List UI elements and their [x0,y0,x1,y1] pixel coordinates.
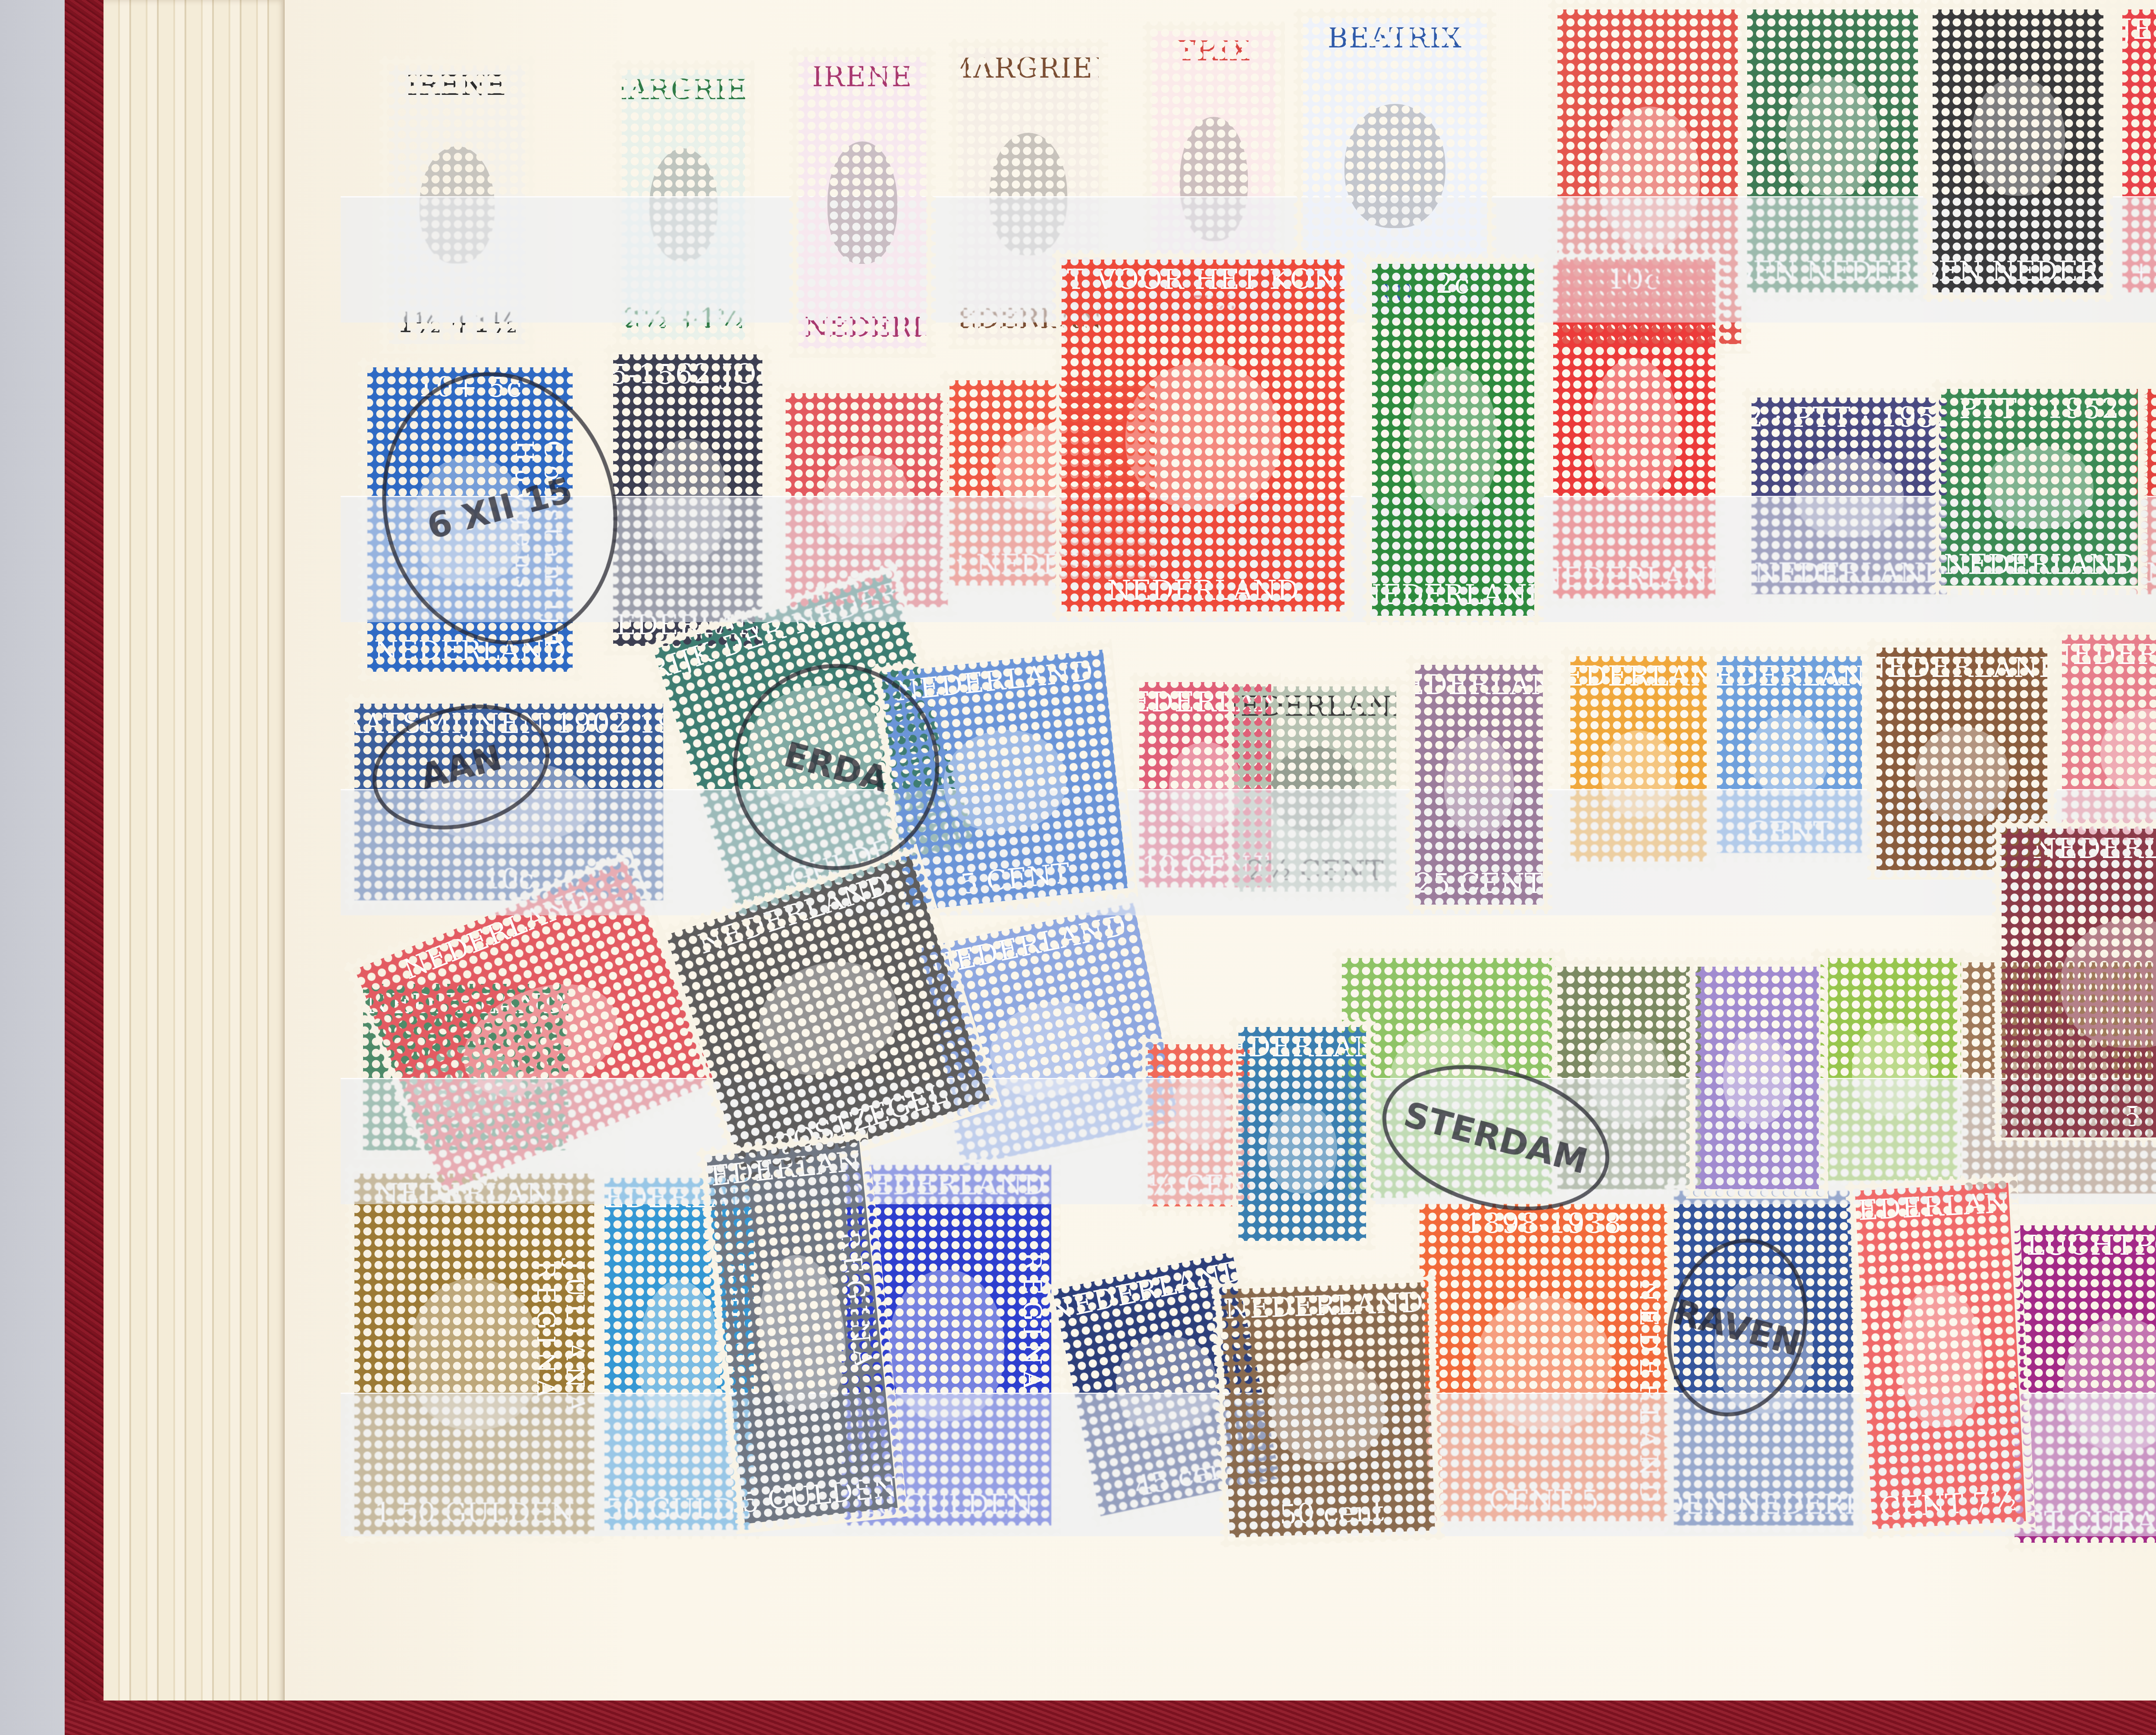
stamp-design: LUCHTPOSTCT CURAÇAO [2015,1225,2156,1543]
stamp-design: JAN VAN SCOREL 1495-1562 JONGENSPORTRET … [613,354,762,646]
stamp: JAN VAN SCOREL 1495-1562 JONGENSPORTRET … [604,345,772,655]
stamp-denomination: GULDEN NEDERLAND [1747,257,1918,292]
stamp-design: IRENE1½ +1½ [389,66,525,344]
portrait-icon [1986,446,2094,529]
portrait-icon [981,990,1121,1107]
stamp-design: NEDERLAND [1238,1027,1366,1241]
stamp-design: NEDERLAND5JULIANA REGINA [2002,829,2156,1137]
portrait-icon [1723,1031,1791,1125]
stamp-top-text: NEDERLAND [893,651,1095,706]
stamp: STATUUT VOOR HET KONINKRIJKNEDERLAND [1052,250,1354,621]
stamp-side-text: JULIANA REGINA [531,1260,590,1534]
stamp-design: PTT · 1952NEDERLAND [1941,389,2138,586]
stamp-denomination: GULDEN NEDERLAND [1674,1491,1853,1525]
stamp-denomination: 2.50 GULDEN [605,1495,754,1530]
stamp: IRENE4 +2 NEDERLAND [789,47,936,358]
stamp-design: NEDERLAND50 cent [1221,1282,1435,1538]
stamp-side-text: Constantijn Huygens [510,440,568,672]
stamp-top-text: TRIX [1177,31,1250,66]
stamp: NEDERLAND [1229,1018,1376,1250]
stamp-top-text: NEDERLAND [847,1165,1047,1200]
stamp-design: GULDEN NEDERLAND [1747,9,1918,292]
stamp: NEDERLAND2½ CENT [1225,677,1406,901]
stamp-top-text: NEDERLAND [706,1141,886,1194]
stamp-denomination: 10c +5 NEDERLAND [2122,257,2156,292]
stamp: 10cNEDERLAND [1544,250,1725,608]
stamp-design: 10cNEDERLAND [1553,260,1715,598]
stamp: MEISJESPORTRET 159010c +5 NEDERLAND [2113,0,2156,302]
stamp [1811,949,1971,1190]
stamp-design: NEDERLAND [1570,656,1707,861]
stamp-denomination: CENT 7½ [1879,1487,2018,1529]
stamp-top-text: MARGRIET [958,48,1099,83]
stamp-top-text: 1898-1938 [1465,1204,1622,1239]
stamp-top-text: PTT · 1952 [1959,389,2120,424]
stamp-design: NEDERLAND25 CENT [1415,665,1543,905]
stamp: 2 · PTT · 1952NEDERLAND [1742,388,1958,604]
stamp-design [1695,967,1819,1189]
stamp-design: MEISJESPORTRET 159010c +5 NEDERLAND [2122,9,2156,292]
stamp-side-text: REGINA [1018,1252,1047,1395]
portrait-icon [1267,1103,1338,1193]
portrait-icon [1171,1077,1227,1145]
portrait-icon [1590,1031,1670,1125]
stamp-top-text: MEISJESPORTRET 1590 [2122,9,2156,44]
stamp-design [1821,958,1961,1181]
portrait-icon [424,761,594,843]
stamp: NEDERLAND50 cent [1211,1272,1445,1547]
portrait-icon [1852,1023,1929,1116]
stamp-top-text: IRENE [812,57,913,92]
portrait-icon [1409,366,1498,514]
stamp: IRENE1½ +1½ [379,56,535,354]
stamp-top-text: NEDERLAND [2062,635,2156,670]
portrait-icon [1344,104,1445,228]
portrait-icon [1107,1326,1226,1442]
portrait-icon [744,944,912,1090]
stamp-denomination: NEDERLAND [2147,559,2156,594]
stamp-design: GULDEN NEDERLAND [1674,1191,1853,1525]
stamp-denomination: 5 [2124,1102,2141,1137]
stamp: PTT · 1952NEDERLAND [1932,379,2147,595]
portrait-icon [827,141,898,264]
stamp-design: NEDERLAND5 GULDENREGINA [706,1141,898,1524]
stamp: NEDERLAND1.50 GULDENJULIANA REGINA [345,1164,604,1544]
stamp-top-text: MARGRIET [622,70,745,105]
stamp: GULDEN NEDERLAND [1923,0,2113,302]
portrait-icon [1444,734,1514,835]
stamp: NEDERLAND [1561,647,1716,871]
stamp-top-text: STATUUT VOOR HET KONINKRIJK [1062,260,1344,294]
album-cover-bottom-edge [65,1701,2156,1735]
stamp [1686,957,1828,1199]
portrait-icon [447,963,633,1116]
portrait-icon [638,1280,720,1428]
stamp: NEDERLANDCENT 7½ [1845,1173,2036,1539]
stamp-top-text: JAN VAN SCOREL 1495-1562 JONGENSPORTRET … [613,354,762,389]
stamp-top-text: STAATSMIJNEN 1902 1952 [354,704,663,739]
portrait-icon [2100,709,2156,795]
stamp-side-text: NEDERLAND [1634,1280,1664,1508]
portrait-icon [1786,77,1880,196]
stamp-denomination: 4 +2 NEDERLAND [799,313,926,348]
portrait-icon [420,146,495,263]
stamp: NEDERLAND25 CENT [1406,655,1552,914]
portrait-icon [1271,746,1360,832]
stamp-denomination: CENT [1748,818,1831,853]
portrait-icon [939,724,1071,837]
stamp-top-text: NEDERLAND [1717,656,1862,691]
stamp-denomination: NEDERLAND [1107,576,1299,611]
stamp-top-text: 2c [1436,264,1471,299]
portrait-icon [1796,454,1904,537]
stamp-denomination: GULDEN NEDERLAND [1933,257,2103,292]
stamp-top-text: NEDERLAND [1415,665,1543,700]
stamp-denomination: 2½ +1½ [623,305,743,340]
portrait-icon [1601,730,1676,817]
stamp-top-text: 10+ 5c [417,367,523,402]
stamp-design: NEDERLAND [2062,635,2156,840]
stamp-design [1557,967,1702,1189]
portrait-icon [1390,1027,1508,1128]
stamp-design: MARGRIET2½ +1½ [622,70,745,340]
stamp-denomination: NEDERLAND [1553,564,1715,598]
stamp-top-text: IRENE [407,66,508,100]
portrait-icon [1915,727,2009,820]
stamp: NEDERLAND [2053,625,2156,849]
portrait-icon [990,133,1067,255]
stamp-denomination: CT CURAÇAO [2023,1508,2156,1543]
stamp-design: IRENE4 +2 NEDERLAND [799,57,926,348]
portrait-icon [1125,362,1281,510]
portrait-icon [408,1278,540,1429]
stamp-design: NEDERLANDCENT [1717,656,1862,853]
portrait-icon [732,668,898,824]
stamp-design: 1898-1938CENT 5NEDERLAND [1420,1204,1668,1521]
stamp-denomination: 5 GULDEN [740,1473,898,1524]
stamp: MARGRIET2½ +1½ [612,60,755,349]
stamp-denomination: 1½ +1½ [397,309,517,344]
stamp-denomination: 25 CENT [1415,870,1543,905]
album-page-edges [103,0,289,1707]
portrait-icon [1895,1283,1987,1429]
stamp-denomination: NEDERLAND [1944,551,2136,586]
stamp-top-text: 10c [1608,260,1661,294]
stamp: 10+ 5cNEDERLANDConstantijn Huygens [358,358,582,681]
stamp-design: NEDERLANDCENT 7½ [1855,1183,2026,1529]
stamp-denomination [577,1132,580,1137]
stamp: NEDERLAND5JULIANA REGINA [1992,819,2156,1147]
stamp-denomination: NEDERLAND [1754,559,1946,594]
stamp: GULDEN NEDERLAND [1664,1181,1863,1535]
portrait-icon [1599,106,1700,247]
stamp-top-text: NEDERLAND [2033,829,2156,864]
portrait-icon [752,1251,852,1414]
portrait-icon [647,439,729,561]
stamp-top-text: NEDERLAND [1877,648,2047,683]
stamp-design: 2cNEDERLAND [1372,264,1534,616]
stamp-denomination: 2½ CENT [1247,857,1383,892]
portrait-icon [1714,1273,1813,1414]
portrait-icon [1476,1296,1612,1429]
portrait-icon [649,148,717,262]
stamp-top-text: 2 · PTT · 1952 [1752,398,1948,432]
stamp-design: STATUUT VOOR HET KONINKRIJKNEDERLAND [1062,260,1344,611]
stamp-design: GULDEN NEDERLAND [1933,9,2103,292]
portrait-icon [1971,77,2065,196]
stamp-denomination: CENT 5 [1489,1486,1598,1521]
portrait-icon [1270,1356,1386,1464]
portrait-icon [2063,1317,2156,1450]
stamp-top-text: NEDERLAND [1234,686,1396,721]
stamp: NEDERLANDCENT [1708,647,1871,862]
portrait-icon [1750,713,1830,796]
stamp-denomination: 5 CENT [959,859,1072,905]
stamp-top-text: BEATRIX [1328,18,1462,53]
stamp-denomination [1070,1138,1071,1144]
portrait-icon [1590,358,1679,500]
stamp-denomination: 50 cent [1279,1497,1385,1536]
stamp-top-text: NEDERLAND [1238,1027,1366,1062]
stamp-top-text: NEDERLAND [1570,656,1707,691]
stamp-design: 2 · PTT · 1952NEDERLAND [1752,398,1948,594]
stamp: 1898-1938CENT 5NEDERLAND [1410,1194,1677,1531]
stamp-top-text: NEDERLAND [1224,1282,1425,1324]
stamp-design: 10+ 5cNEDERLANDConstantijn Huygens [367,367,573,672]
portrait-icon [1180,117,1247,241]
stamp-denomination: NEDERLAND [1372,581,1534,616]
stamp-top-text: LUCHTPOST [2027,1225,2156,1260]
portrait-icon [889,1269,1004,1421]
portrait-icon [822,455,912,545]
portrait-icon [2060,918,2156,1048]
stamp-design: NEDERLAND1.50 GULDENJULIANA REGINA [354,1174,594,1534]
stamp: 2cNEDERLAND [1363,254,1544,625]
stamp-top-text: NEDERLAND [1855,1183,2026,1227]
stamp: GULDEN NEDERLAND [1738,0,1927,302]
stamp-design: NEDERLAND2½ CENT [1234,686,1396,892]
